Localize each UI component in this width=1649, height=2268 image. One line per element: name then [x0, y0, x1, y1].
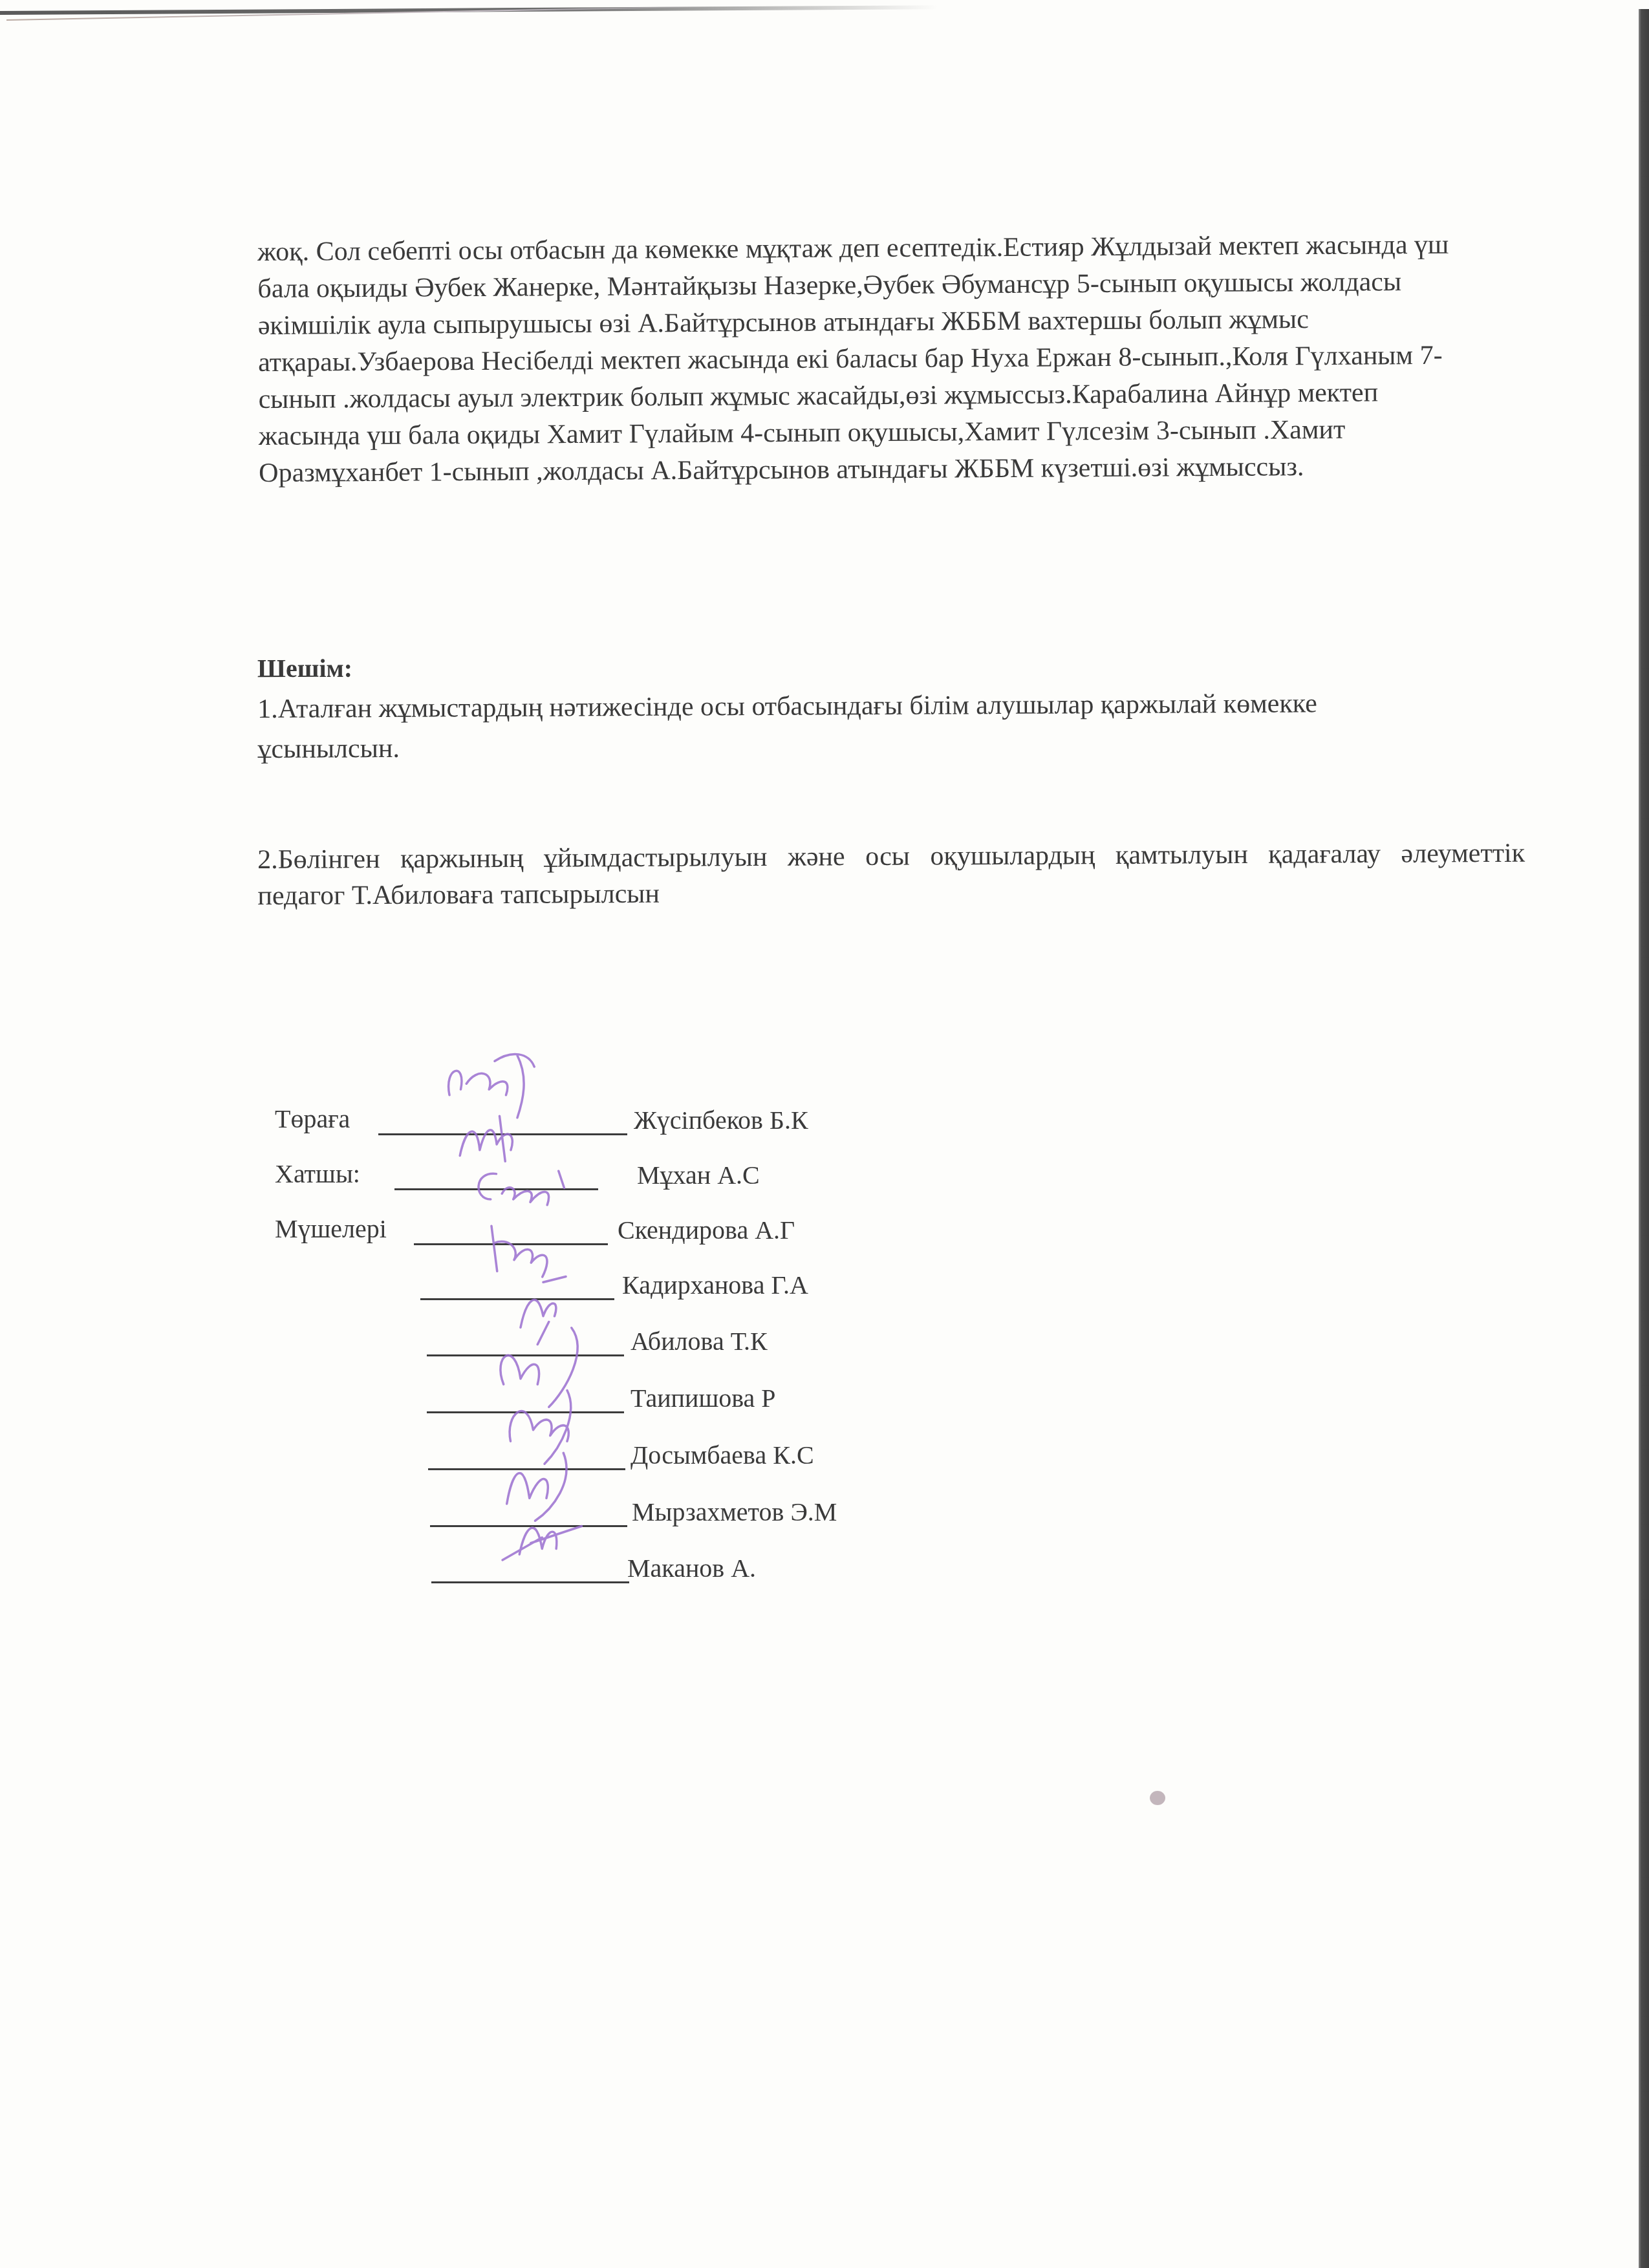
decision-item-1-line: 1.Аталған жұмыстардың нәтижесінде осы от… — [257, 683, 1525, 729]
signature-line — [431, 1581, 629, 1583]
signature-line — [394, 1188, 598, 1190]
signature-role: Хатшы: — [275, 1159, 360, 1189]
scan-right-edge — [1639, 9, 1649, 2268]
decision-item-1-line: ұсынылсын. — [257, 723, 1525, 769]
signature-line — [420, 1298, 614, 1300]
signature-line — [427, 1411, 624, 1413]
ink-spot — [1150, 1791, 1165, 1805]
body-paragraph: жоқ. Сол себепті осы отбасын да көмекке … — [257, 226, 1526, 492]
signatory-name: Мырзахметов Э.М — [632, 1497, 837, 1527]
body-line: Оразмұханбет 1-сынып ,жолдасы А.Байтұрсы… — [259, 447, 1526, 492]
signature-role: Мүшелері — [275, 1214, 387, 1244]
signatory-name: Таипишова Р — [630, 1383, 776, 1413]
signature-row: МүшелеріСкендирова А.Г — [275, 1209, 921, 1248]
signature-line — [378, 1133, 627, 1135]
decision-item-2-line: 2.Бөлінген қаржының ұйымдастырылуын және… — [257, 835, 1525, 878]
signatory-name: Жүсіпбеков Б.К — [634, 1105, 808, 1135]
signature-row: Кадирханова Г.А — [275, 1264, 921, 1303]
signature-row: Маканов А. — [275, 1547, 921, 1586]
signatory-name: Досымбаева К.С — [630, 1440, 814, 1470]
signature-row: Досымбаева К.С — [275, 1434, 921, 1473]
signature-row: Мырзахметов Э.М — [275, 1491, 921, 1530]
decision-heading: Шешім: — [257, 653, 352, 684]
signature-row: ТөрағаЖүсіпбеков Б.К — [275, 1099, 921, 1138]
signature-row: Таипишова Р — [275, 1377, 921, 1416]
body-line: жасында үш бала оқиды Хамит Гүлайым 4-сы… — [259, 411, 1526, 455]
signature-row: Хатшы:Мұхан А.С — [275, 1154, 921, 1193]
handwritten-signature-icon — [424, 1044, 566, 1135]
signature-role: Төраға — [275, 1104, 350, 1134]
signatory-name: Маканов А. — [627, 1553, 756, 1583]
decision-item-2-line: педагог Т.Абиловаға тапсырылсын — [257, 872, 1525, 914]
signature-line — [427, 1354, 624, 1356]
decision-item-1: 1.Аталған жұмыстардың нәтижесінде осы от… — [257, 683, 1525, 769]
signature-row: Абилова Т.К — [275, 1320, 921, 1359]
signature-line — [430, 1525, 627, 1527]
signatory-name: Скендирова А.Г — [618, 1215, 795, 1245]
body-line: бала оқыиды Әубек Жанерке, Мәнтайқызы На… — [257, 263, 1525, 308]
signatory-name: Кадирханова Г.А — [622, 1270, 808, 1300]
signature-line — [414, 1243, 608, 1245]
signature-line — [428, 1468, 625, 1470]
signatory-name: Абилова Т.К — [630, 1326, 768, 1356]
decision-item-2: 2.Бөлінген қаржының ұйымдастырылуын және… — [257, 835, 1525, 914]
signatory-name: Мұхан А.С — [637, 1160, 760, 1190]
